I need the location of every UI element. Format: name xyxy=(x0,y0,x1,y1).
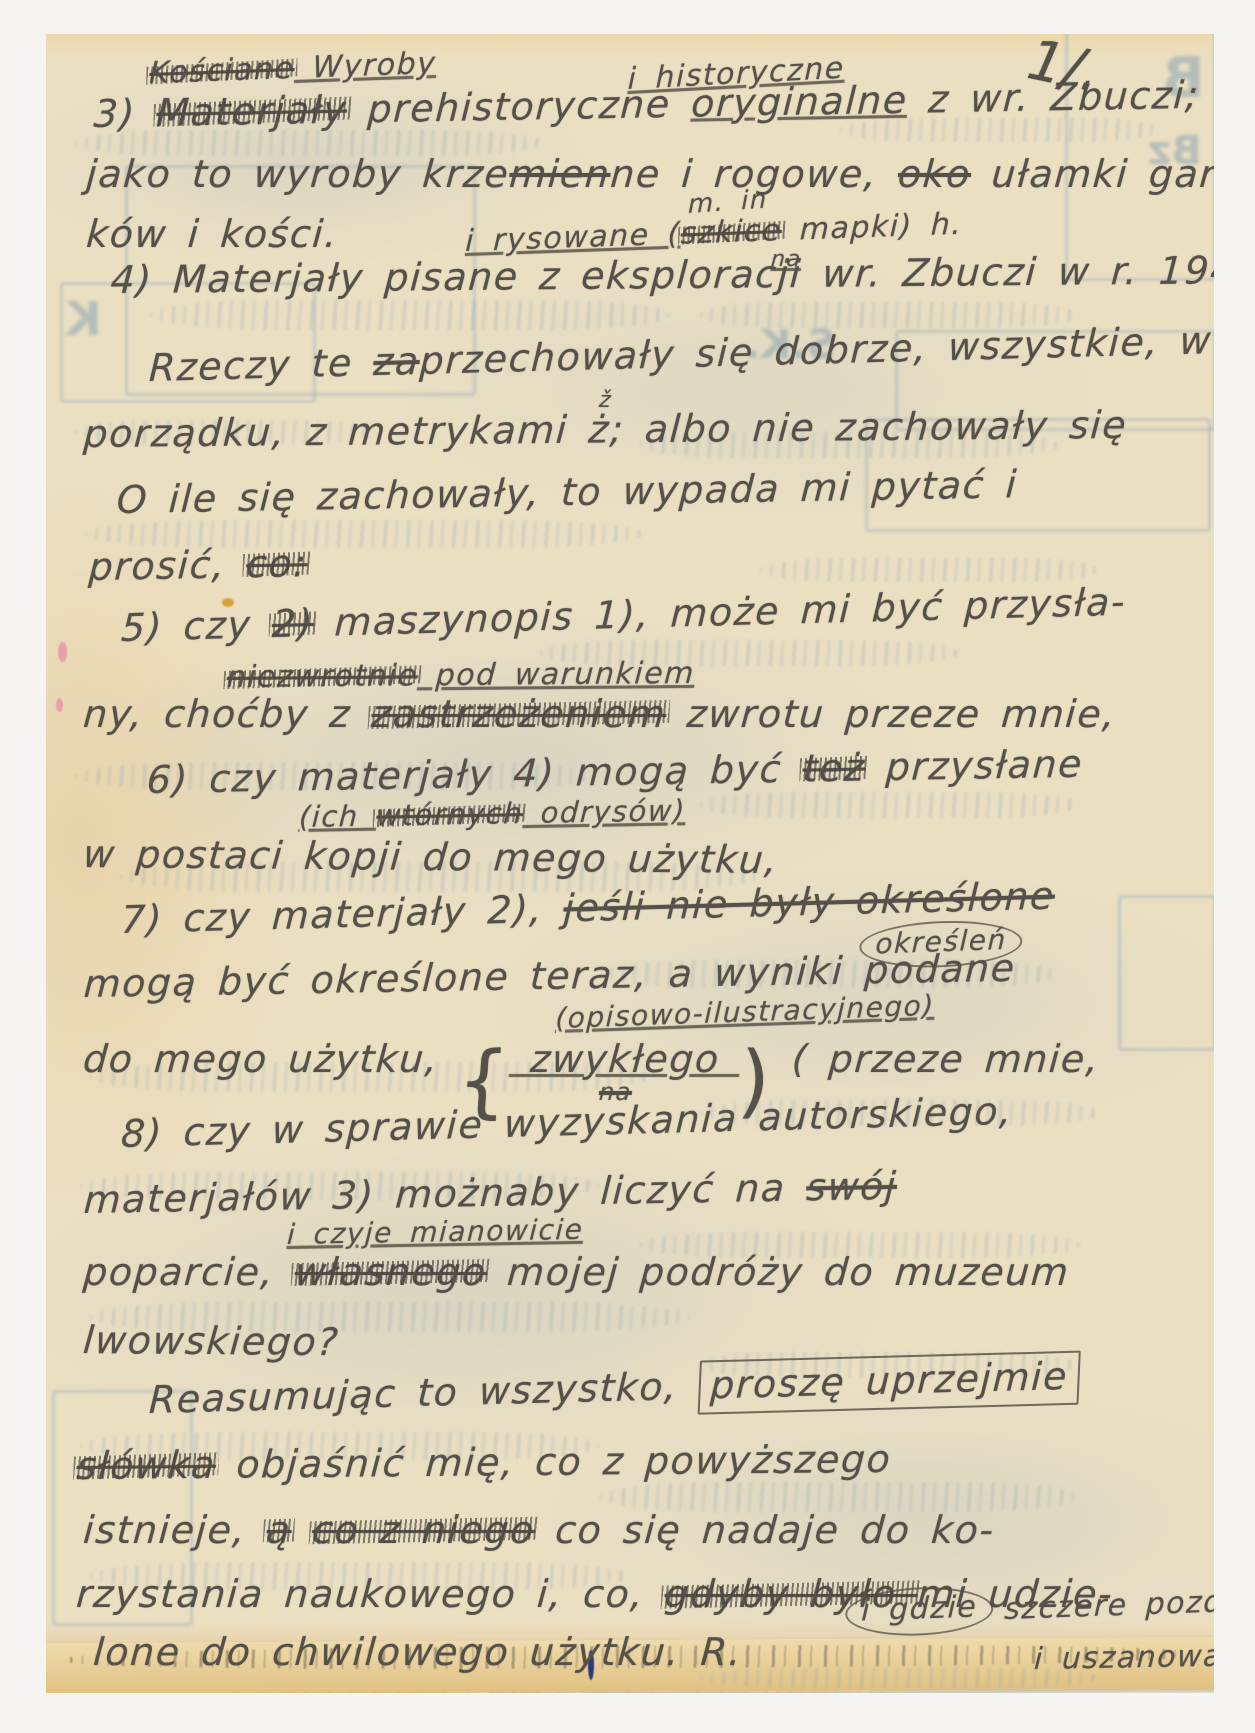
text-segment: Wyroby xyxy=(294,46,437,86)
paragraph-1-line-1: Rzeczy te zaprzechowały się dobrze, wszy… xyxy=(148,318,1213,390)
text-segment: Reasumując to wszystko, xyxy=(148,1364,699,1422)
text-segment: co z niego xyxy=(311,1508,537,1552)
text-segment: wtórnych xyxy=(376,796,524,833)
scan-margin-top xyxy=(0,0,1255,34)
text-segment: swój xyxy=(805,1164,898,1210)
text-segment: i gdzie xyxy=(844,1585,994,1638)
text-segment: poparcie, xyxy=(82,1250,296,1294)
text-segment: ułamki gar- xyxy=(970,152,1232,196)
text-segment: istnieje, xyxy=(82,1508,268,1552)
text-segment: niezwrotnie xyxy=(226,658,419,695)
text-segment: w postaci kopji do mego użytku, xyxy=(82,832,780,882)
text-segment: ( przeze mnie, xyxy=(770,1037,1101,1081)
text-segment: ą xyxy=(265,1508,293,1552)
scan-margin-bottom xyxy=(0,1693,1255,1733)
point-6-line-2: w postaci kopji do mego użytku, xyxy=(82,832,780,882)
text-segment: co: xyxy=(245,541,309,586)
text-segment: też xyxy=(802,745,867,790)
scan-margin-left xyxy=(0,0,46,1733)
text-segment: 3) xyxy=(93,91,158,136)
point-5-line-1: 5) czy 2) maszynopis 1), może mi być prz… xyxy=(120,580,1127,650)
insert-i-czyje: i czyje mianowicie xyxy=(286,1213,584,1251)
point-3-line-2: jako to wyroby krzemienne i rogowe, oko … xyxy=(85,152,1231,196)
text-segment: proszę uprzejmie xyxy=(697,1351,1081,1415)
closing-line-1: Reasumując to wszystko, proszę uprzejmie xyxy=(148,1354,1081,1422)
text-segment: słówka xyxy=(75,1443,217,1488)
text-segment: przechowały się dobrze, wszystkie, w xyxy=(419,318,1213,383)
insert-pod-warunkiem: niezwrotnie pod warunkiem xyxy=(226,656,696,695)
text-segment: prosić, xyxy=(88,542,248,589)
text-segment: lone do chwilowego użytku. R. xyxy=(92,1630,744,1674)
insert-i-gdzie: i gdzie xyxy=(845,1589,994,1629)
text-segment: oryginalne xyxy=(690,78,909,126)
text-segment: prehistoryczne xyxy=(346,82,693,132)
text-segment: szkice xyxy=(680,213,782,252)
text-segment: (ich xyxy=(298,799,377,834)
text-segment: zwrotu przeze mnie, xyxy=(665,692,1118,736)
text-segment: Kościane xyxy=(149,51,295,91)
closing-line-3: istnieje, ą co z niego co się nadaje do … xyxy=(82,1508,996,1552)
point-4-line: 4) Materjały pisane z eksploracji wr. Zb… xyxy=(109,248,1255,302)
text-segment: mapki) h. xyxy=(781,207,963,248)
point-8-line-2: materjałów 3) możnaby liczyć na swój xyxy=(83,1164,898,1222)
text-segment: za xyxy=(372,339,420,384)
point-6-line-1: 6) czy materjały 4) mogą być też przysła… xyxy=(146,742,1085,802)
point-8-line-4: lwowskiego? xyxy=(82,1318,341,1364)
text-segment: jako to wyroby krze xyxy=(85,152,511,196)
text-segment: przysłane xyxy=(864,742,1084,790)
handwriting-layer: Kościane Wyrobyi historyczne3) Materjały… xyxy=(0,0,1255,1733)
text-segment: Rzeczy te xyxy=(148,340,374,390)
text-segment: własnego xyxy=(293,1250,488,1294)
text-segment: zastrzeżeniem xyxy=(370,692,668,736)
text-segment: rzystania naukowego i, co, xyxy=(75,1572,666,1616)
text-segment: oko xyxy=(897,152,973,196)
text-segment: i czyje mianowicie xyxy=(286,1213,584,1251)
paragraph-1-line-3: O ile się zachowały, to wypada mi pytać … xyxy=(116,462,1019,522)
closing-line-5: lone do chwilowego użytku. R. xyxy=(92,1630,744,1674)
text-segment: maszynopis 1), może mi być przysła- xyxy=(313,580,1127,645)
text-segment: 4) Materjały pisane z eksploracji wr. Zb… xyxy=(109,248,1255,302)
point-3-line-3: ków i kości. xyxy=(85,212,340,256)
scanned-document: BBzS.K.K Kościane Wyrobyi historyczne3) … xyxy=(0,0,1255,1733)
text-segment: materjałów 3) możnaby liczyć na xyxy=(83,1165,808,1222)
text-segment: lwowskiego? xyxy=(82,1318,341,1364)
text-segment: porządku, z metrykami ż; albo nie zachow… xyxy=(82,403,1128,456)
text-segment: 2) xyxy=(271,601,315,646)
point-8-line-3: poparcie, własnego mojej podróży do muze… xyxy=(82,1250,1071,1294)
text-segment: 5) czy xyxy=(120,602,273,650)
text-segment: O ile się zachowały, to wypada mi pytać … xyxy=(116,462,1019,522)
text-segment: 6) czy materjały 4) mogą być xyxy=(146,747,804,802)
closing-line-2: słówka objaśnić mię, co z powyższego xyxy=(75,1437,892,1488)
text-segment: 7) czy materjały 2), xyxy=(120,886,564,942)
text-segment: Materjały xyxy=(155,88,348,135)
insert-ich-odrysow: (ich wtórnych odrysów) xyxy=(298,793,687,834)
text-segment: co się nadaje do ko- xyxy=(533,1508,996,1552)
text-segment: mien xyxy=(508,152,612,196)
insert-above-point-3-left: Kościane Wyroby xyxy=(149,46,437,91)
text-segment: mojej podróży do muzeum xyxy=(485,1250,1071,1294)
text-segment: ków i kości. xyxy=(85,212,340,256)
paragraph-1-line-2: porządku, z metrykami ż; albo nie zachow… xyxy=(82,403,1128,456)
text-segment: ny, choćby z xyxy=(82,692,373,736)
text-segment: zwykłego xyxy=(508,1037,741,1081)
text-segment: odrysów) xyxy=(522,793,687,830)
point-5-line-2: ny, choćby z zastrzeżeniem zwrotu przeze… xyxy=(82,692,1118,736)
scan-margin-right xyxy=(1214,0,1255,1733)
text-segment: objaśnić mię, co z powyższego xyxy=(215,1437,893,1487)
paragraph-1-line-4: prosić, co: xyxy=(88,541,309,589)
text-segment: pod warunkiem xyxy=(417,656,696,693)
text-segment: do mego użytku, xyxy=(82,1037,461,1081)
